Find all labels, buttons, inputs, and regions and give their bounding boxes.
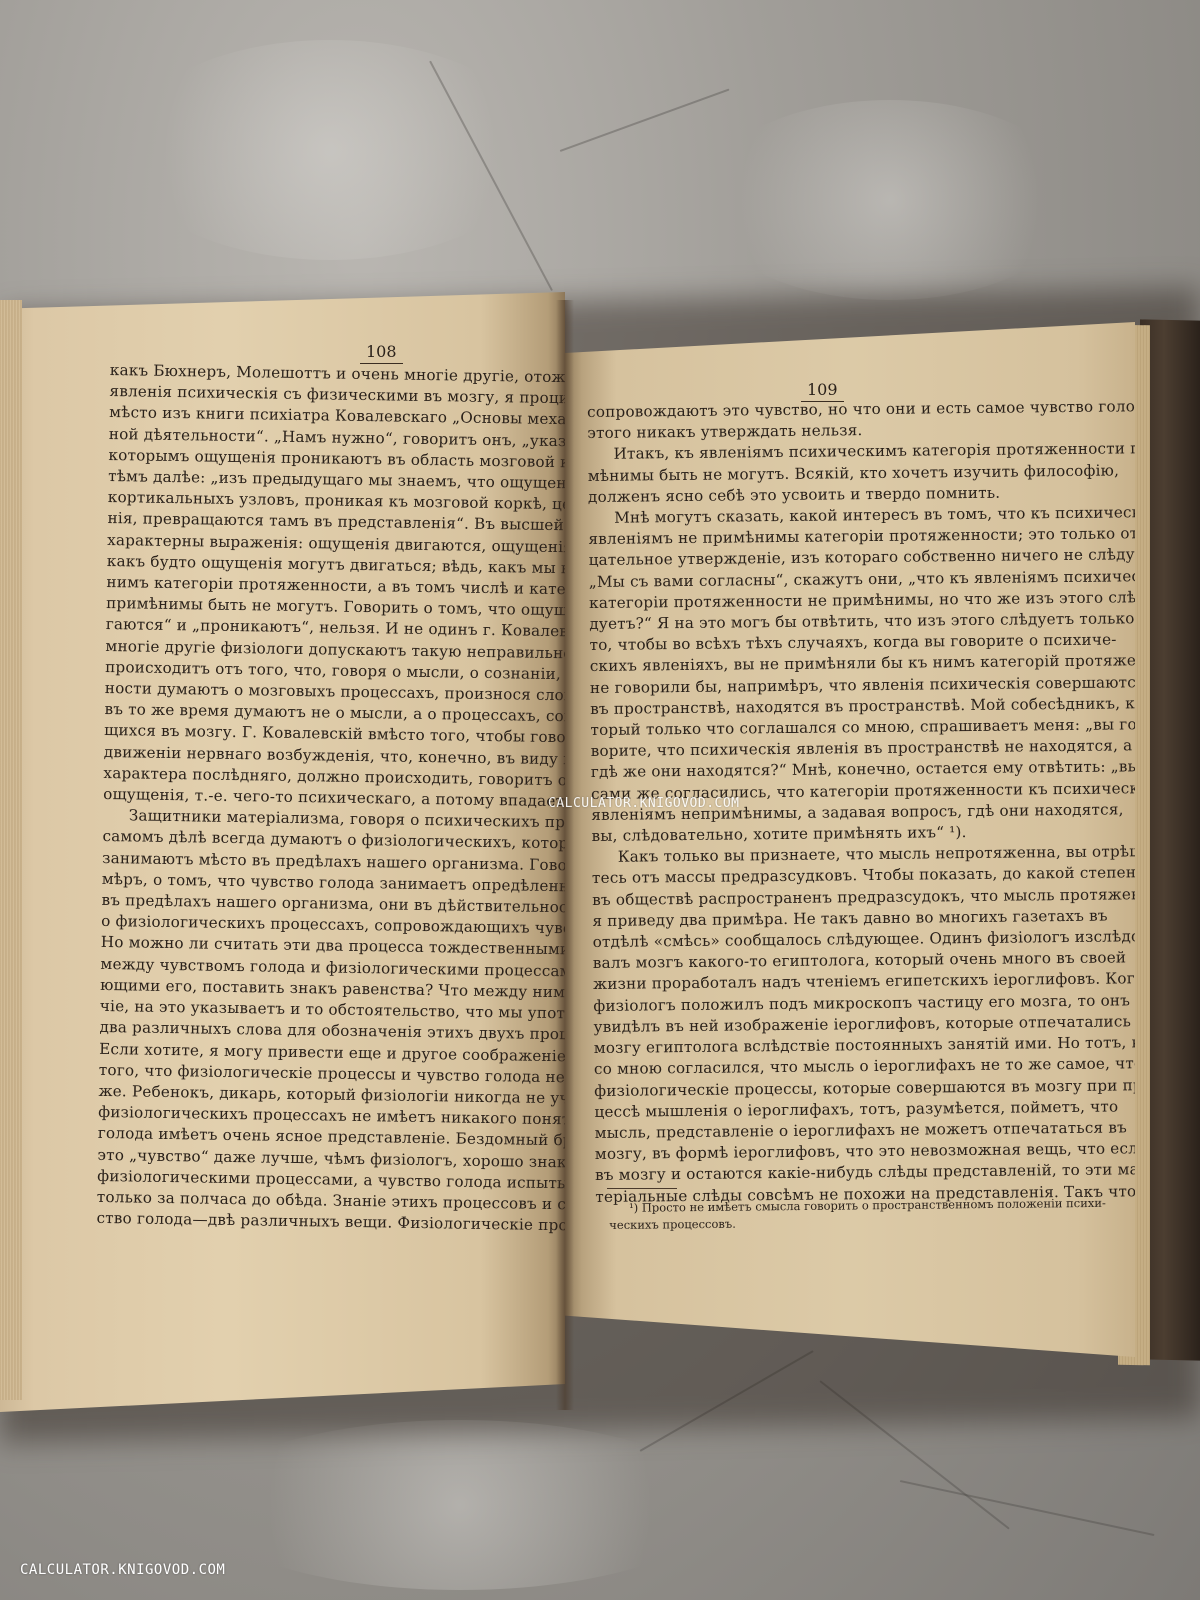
left-page-stack-edge — [0, 300, 22, 1400]
footnote: ¹) Просто не имѣетъ смысла говорить о пр… — [609, 1195, 1109, 1234]
watermark-center: CALCULATOR.KNIGOVOD.COM — [548, 796, 740, 811]
marble-texture — [200, 1420, 720, 1590]
left-page-text: какъ Бюхнеръ, Молешоттъ и очень многіе д… — [96, 360, 550, 1236]
marble-texture — [700, 100, 1080, 300]
marble-vein — [900, 1480, 1155, 1536]
footnote-divider — [607, 1188, 677, 1189]
page-number-left: 108 — [360, 342, 403, 364]
watermark-corner: CALCULATOR.KNIGOVOD.COM — [20, 1562, 225, 1578]
marble-vein — [560, 88, 730, 151]
right-page: 109 сопровождаютъ это чувство, но что он… — [565, 322, 1135, 1357]
book-gutter — [556, 300, 574, 1410]
left-page: 108 какъ Бюхнеръ, Молешоттъ и очень мног… — [0, 292, 565, 1412]
